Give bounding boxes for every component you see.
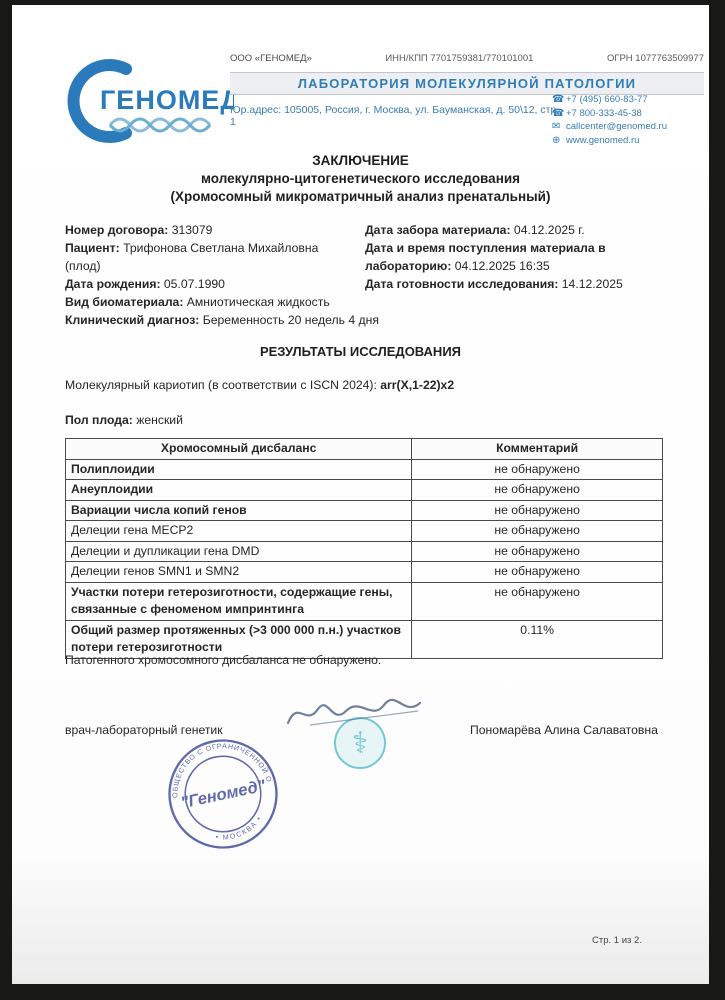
table-header-row: Хромосомный дисбаланс Комментарий: [66, 439, 663, 460]
signature-and-stamp: ⚕: [280, 691, 430, 781]
phone-number: +7 800-333-45-38: [566, 108, 642, 119]
details-left-column: Номер договора: 313079 Пациент: Трифонов…: [65, 221, 365, 329]
fetal-sex-line: Пол плода: женский: [65, 413, 183, 427]
company-round-stamp: ОБЩЕСТВО С ОГРАНИЧЕННОЙ ОТВЕТСТВЕННОСТЬЮ…: [164, 735, 282, 853]
detail-biomaterial: Вид биоматериала: Амниотическая жидкость: [65, 293, 365, 311]
conclusion-text: Патогенного хромосомного дисбаланса не о…: [65, 653, 381, 667]
phone-icon: ☎: [552, 107, 566, 121]
genomed-logo: Геномед: [64, 53, 234, 149]
document-title: ЗАКЛЮЧЕНИЕ молекулярно-цитогенетического…: [12, 152, 709, 206]
title-line-2: молекулярно-цитогенетического исследован…: [12, 170, 709, 188]
stamp-center-text: "Геномед": [179, 776, 267, 813]
detail-collection-date: Дата забора материала: 04.12.2025 г.: [365, 221, 665, 239]
column-header-imbalance: Хромосомный дисбаланс: [66, 439, 412, 460]
document-page: Геномед ООО «ГЕНОМЕД» ИНН/КПП 7701759381…: [12, 5, 709, 984]
fetal-sex-value: женский: [133, 413, 183, 427]
karyotype-value: arr(X,1-22)x2: [380, 378, 454, 392]
phone-icon: ☎: [552, 93, 566, 107]
contact-line: ☎+7 800-333-45-38: [552, 107, 667, 121]
detail-contract: Номер договора: 313079: [65, 221, 365, 239]
medical-symbol-icon: ⚕: [352, 727, 368, 760]
contacts-block: ☎+7 (495) 660-83-77 ☎+7 800-333-45-38 ✉c…: [552, 93, 667, 147]
results-section-title: РЕЗУЛЬТАТЫ ИССЛЕДОВАНИЯ: [12, 344, 709, 359]
title-line-3: (Хромосомный микроматричный анализ прена…: [12, 188, 709, 206]
table-row: Делеции гена MECP2не обнаружено: [66, 521, 663, 542]
karyotype-label: Молекулярный кариотип (в соответствии с …: [65, 378, 380, 392]
contact-line: ⊕www.genomed.ru: [552, 134, 667, 148]
company-name: ООО «ГЕНОМЕД»: [230, 53, 312, 64]
table-row: Вариации числа копий геновне обнаружено: [66, 500, 663, 521]
website-url: www.genomed.ru: [566, 135, 639, 146]
column-header-comment: Комментарий: [412, 439, 663, 460]
table-row: Анеуплоидиине обнаружено: [66, 480, 663, 501]
table-row: Полиплоидиине обнаружено: [66, 459, 663, 480]
scanned-lab-report: { "header": { "company": "ООО «ГЕНОМЕД»"…: [0, 0, 725, 1000]
doctor-name: Пономарёва Алина Салаватовна: [470, 723, 658, 737]
contact-line: ✉callcenter@genomed.ru: [552, 120, 667, 134]
phone-number: +7 (495) 660-83-77: [566, 94, 648, 105]
title-line-1: ЗАКЛЮЧЕНИЕ: [12, 152, 709, 170]
detail-receipt-line2: лабораторию: 04.12.2025 16:35: [365, 257, 665, 275]
lab-banner: ЛАБОРАТОРИЯ МОЛЕКУЛЯРНОЙ ПАТОЛОГИИ: [230, 72, 704, 95]
email-icon: ✉: [552, 120, 566, 134]
case-details: Номер договора: 313079 Пациент: Трифонов…: [65, 221, 665, 329]
fetal-sex-label: Пол плода:: [65, 413, 133, 427]
legal-address: Юр.адрес: 105005, Россия, г. Москва, ул.…: [230, 104, 560, 128]
contact-line: ☎+7 (495) 660-83-77: [552, 93, 667, 107]
header-top-row: ООО «ГЕНОМЕД» ИНН/КПП 7701759381/7701010…: [230, 53, 704, 64]
company-ogrn: ОГРН 1077763509977: [607, 53, 704, 64]
logo-text: Геномед: [100, 85, 234, 115]
detail-patient: Пациент: Трифонова Светлана Михайловна: [65, 239, 365, 257]
dna-helix-icon: [110, 119, 210, 131]
globe-icon: ⊕: [552, 134, 566, 148]
company-inn: ИНН/КПП 7701759381/770101001: [385, 53, 533, 64]
karyotype-line: Молекулярный кариотип (в соответствии с …: [65, 378, 454, 392]
detail-patient-cont: (плод): [65, 257, 365, 275]
page-number: Стр. 1 из 2.: [552, 935, 682, 946]
table-row: Делеции генов SMN1 и SMN2не обнаружено: [66, 562, 663, 583]
detail-diagnosis: Клинический диагноз: Беременность 20 нед…: [65, 311, 365, 329]
results-table: Хромосомный дисбаланс Комментарий Полипл…: [65, 438, 663, 659]
table-row: Участки потери гетерозиготности, содержа…: [66, 582, 663, 620]
detail-receipt-line1: Дата и время поступления материала в: [365, 239, 665, 257]
detail-birthdate: Дата рождения: 05.07.1990: [65, 275, 365, 293]
email-address: callcenter@genomed.ru: [566, 121, 667, 132]
detail-ready-date: Дата готовности исследования: 14.12.2025: [365, 275, 665, 293]
table-row: Делеции и дупликации гена DMDне обнаруже…: [66, 541, 663, 562]
details-right-column: Дата забора материала: 04.12.2025 г. Дат…: [365, 221, 665, 329]
